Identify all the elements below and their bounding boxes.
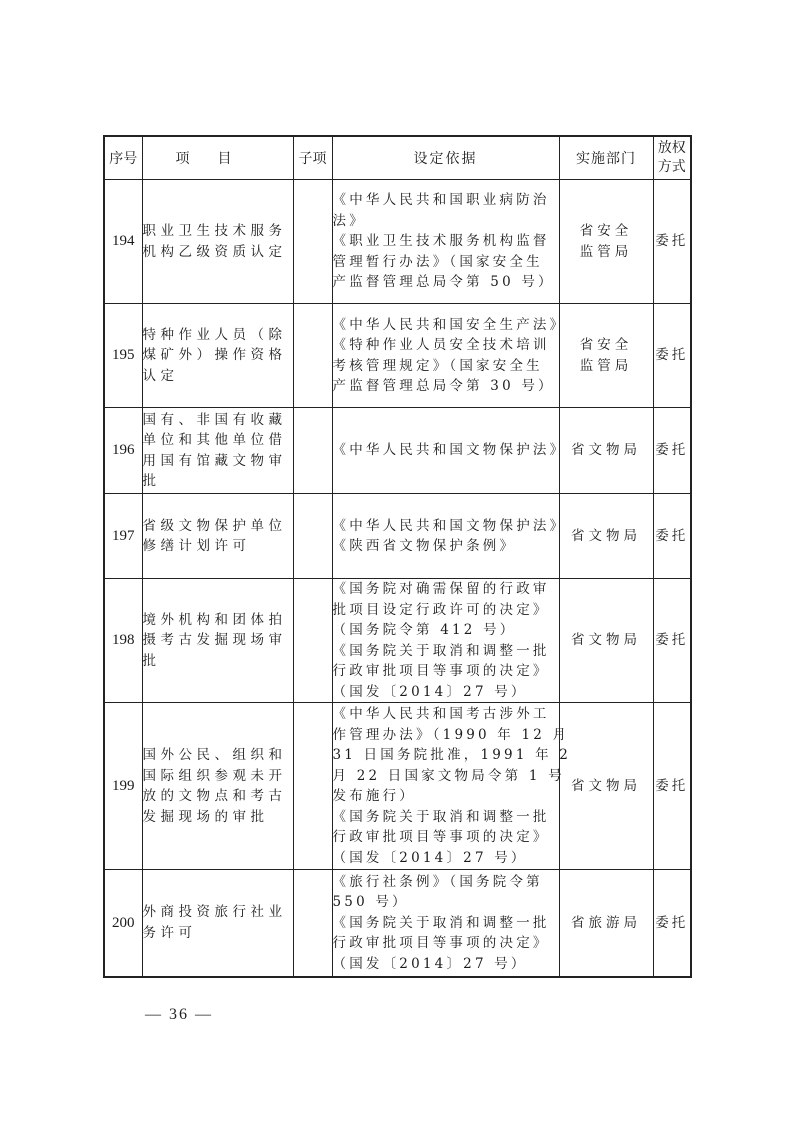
page-number: — 36 — — [145, 1006, 213, 1024]
header-mode-line2: 方式 — [654, 158, 691, 177]
header-no: 序号 — [104, 136, 142, 180]
subitem — [293, 703, 332, 870]
subitem — [293, 180, 332, 304]
document-page: 序号 项目 子项 设定依据 实施部门 放权 方式 194职业卫生技术服务机构乙级… — [0, 0, 793, 1123]
table-row: 197省级文物保护单位修缮计划许可《中华人民共和国文物保护法》《陕西省文物保护条… — [104, 494, 691, 579]
item-name-line: 职业卫生技术服务 — [143, 221, 293, 242]
legal-basis-line: 《国务院对确需保留的行政审 — [333, 579, 559, 600]
legal-basis-line: 产监督管理总局令第 50 号） — [333, 272, 559, 293]
delegation-mode: 委托 — [653, 304, 691, 408]
department-line: 省文物局 — [560, 440, 653, 461]
legal-basis: 《中华人民共和国文物保护法》 — [332, 408, 559, 494]
legal-basis-line: 行政审批项目等事项的决定》 — [333, 933, 559, 954]
item-name-line: 摄考古发掘现场审 — [143, 630, 293, 651]
legal-basis-line: 《中华人民共和国安全生产法》 — [333, 315, 559, 336]
item-name-line: 批 — [143, 651, 293, 672]
legal-basis-line: 《特种作业人员安全技术培训 — [333, 335, 559, 356]
table-row: 196国有、非国有收藏单位和其他单位借用国有馆藏文物审批《中华人民共和国文物保护… — [104, 408, 691, 494]
row-number: 195 — [104, 304, 142, 408]
row-number: 194 — [104, 180, 142, 304]
header-basis: 设定依据 — [332, 136, 559, 180]
header-subitem: 子项 — [293, 136, 332, 180]
item-name: 省级文物保护单位修缮计划许可 — [142, 494, 293, 579]
legal-basis-line: 批项目设定行政许可的决定》 — [333, 600, 559, 621]
legal-basis-line: 31 日国务院批准，1991 年 2 — [333, 745, 559, 766]
item-name-line: 修缮计划许可 — [143, 536, 293, 557]
item-name-line: 省级文物保护单位 — [143, 516, 293, 537]
item-name-line: 务许可 — [143, 923, 293, 944]
row-number: 196 — [104, 408, 142, 494]
legal-basis-line: 发布施行） — [333, 786, 559, 807]
row-number: 200 — [104, 870, 142, 977]
legal-basis-line: 《旅行社条例》（国务院令第 — [333, 872, 559, 893]
row-number: 197 — [104, 494, 142, 579]
legal-basis: 《中华人民共和国职业病防治法》《职业卫生技术服务机构监督管理暂行办法》（国家安全… — [332, 180, 559, 304]
table-header-row: 序号 项目 子项 设定依据 实施部门 放权 方式 — [104, 136, 691, 180]
legal-basis-line: 《陕西省文物保护条例》 — [333, 536, 559, 557]
table-row: 200外商投资旅行社业务许可《旅行社条例》（国务院令第550 号）《国务院关于取… — [104, 870, 691, 977]
item-name-line: 机构乙级资质认定 — [143, 242, 293, 263]
subitem — [293, 494, 332, 579]
item-name: 特种作业人员（除煤矿外）操作资格认定 — [142, 304, 293, 408]
department-line: 省安全 — [560, 221, 653, 242]
table-row: 194职业卫生技术服务机构乙级资质认定《中华人民共和国职业病防治法》《职业卫生技… — [104, 180, 691, 304]
table-body: 194职业卫生技术服务机构乙级资质认定《中华人民共和国职业病防治法》《职业卫生技… — [104, 180, 691, 977]
legal-basis-line: 月 22 日国家文物局令第 1 号 — [333, 766, 559, 787]
implementing-department: 省文物局 — [559, 703, 653, 870]
legal-basis-line: （国发〔2014〕27 号） — [333, 954, 559, 975]
item-name: 国外公民、组织和国际组织参观未开放的文物点和考古发掘现场的审批 — [142, 703, 293, 870]
delegation-mode: 委托 — [653, 579, 691, 703]
item-name-line: 境外机构和团体拍 — [143, 610, 293, 631]
item-name-line: 国际组织参观未开 — [143, 766, 293, 787]
legal-basis-line: 《中华人民共和国文物保护法》 — [333, 516, 559, 537]
approval-items-table: 序号 项目 子项 设定依据 实施部门 放权 方式 194职业卫生技术服务机构乙级… — [103, 135, 692, 978]
legal-basis-line: 550 号） — [333, 892, 559, 913]
item-name-line: 煤矿外）操作资格 — [143, 345, 293, 366]
table-row: 198境外机构和团体拍摄考古发掘现场审批《国务院对确需保留的行政审批项目设定行政… — [104, 579, 691, 703]
legal-basis-line: （国发〔2014〕27 号） — [333, 848, 559, 869]
department-line: 监管局 — [560, 356, 653, 377]
item-name: 境外机构和团体拍摄考古发掘现场审批 — [142, 579, 293, 703]
department-line: 省文物局 — [560, 776, 653, 797]
item-name-line: 发掘现场的审批 — [143, 807, 293, 828]
legal-basis-line: 《国务院关于取消和调整一批 — [333, 807, 559, 828]
legal-basis-line: 考核管理规定》（国家安全生 — [333, 356, 559, 377]
implementing-department: 省安全监管局 — [559, 180, 653, 304]
item-name: 国有、非国有收藏单位和其他单位借用国有馆藏文物审批 — [142, 408, 293, 494]
subitem — [293, 579, 332, 703]
implementing-department: 省安全监管局 — [559, 304, 653, 408]
legal-basis: 《中华人民共和国考古涉外工作管理办法》（1990 年 12 月31 日国务院批准… — [332, 703, 559, 870]
header-item: 项目 — [142, 136, 293, 180]
subitem — [293, 304, 332, 408]
legal-basis: 《旅行社条例》（国务院令第550 号）《国务院关于取消和调整一批行政审批项目等事… — [332, 870, 559, 977]
implementing-department: 省文物局 — [559, 408, 653, 494]
item-name: 外商投资旅行社业务许可 — [142, 870, 293, 977]
legal-basis-line: （国务院令第 412 号） — [333, 620, 559, 641]
legal-basis-line: （国发〔2014〕27 号） — [333, 682, 559, 703]
legal-basis-line: 《职业卫生技术服务机构监督 — [333, 231, 559, 252]
row-number: 199 — [104, 703, 142, 870]
legal-basis-line: 管理暂行办法》（国家安全生 — [333, 252, 559, 273]
delegation-mode: 委托 — [653, 703, 691, 870]
item-name-line: 批 — [143, 471, 293, 492]
legal-basis-line: 《中华人民共和国职业病防治 — [333, 190, 559, 211]
item-name-line: 用国有馆藏文物审 — [143, 451, 293, 472]
table-row: 199国外公民、组织和国际组织参观未开放的文物点和考古发掘现场的审批《中华人民共… — [104, 703, 691, 870]
header-mode-line1: 放权 — [654, 139, 691, 158]
delegation-mode: 委托 — [653, 870, 691, 977]
delegation-mode: 委托 — [653, 494, 691, 579]
item-name: 职业卫生技术服务机构乙级资质认定 — [142, 180, 293, 304]
item-name-line: 特种作业人员（除 — [143, 325, 293, 346]
department-line: 省文物局 — [560, 526, 653, 547]
item-name-line: 认定 — [143, 366, 293, 387]
legal-basis-line: 作管理办法》（1990 年 12 月 — [333, 725, 559, 746]
item-name-line: 国有、非国有收藏 — [143, 410, 293, 431]
delegation-mode: 委托 — [653, 408, 691, 494]
delegation-mode: 委托 — [653, 180, 691, 304]
subitem — [293, 870, 332, 977]
legal-basis-line: 《中华人民共和国文物保护法》 — [333, 440, 559, 461]
legal-basis-line: 行政审批项目等事项的决定》 — [333, 661, 559, 682]
department-line: 监管局 — [560, 242, 653, 263]
legal-basis: 《国务院对确需保留的行政审批项目设定行政许可的决定》（国务院令第 412 号）《… — [332, 579, 559, 703]
subitem — [293, 408, 332, 494]
department-line: 省旅游局 — [560, 913, 653, 934]
header-dept: 实施部门 — [559, 136, 653, 180]
row-number: 198 — [104, 579, 142, 703]
legal-basis: 《中华人民共和国文物保护法》《陕西省文物保护条例》 — [332, 494, 559, 579]
department-line: 省安全 — [560, 335, 653, 356]
implementing-department: 省文物局 — [559, 494, 653, 579]
department-line: 省文物局 — [560, 630, 653, 651]
item-name-line: 放的文物点和考古 — [143, 786, 293, 807]
implementing-department: 省文物局 — [559, 579, 653, 703]
legal-basis-line: 《国务院关于取消和调整一批 — [333, 913, 559, 934]
legal-basis-line: 产监督管理总局令第 30 号） — [333, 376, 559, 397]
legal-basis-line: 行政审批项目等事项的决定》 — [333, 827, 559, 848]
item-name-line: 国外公民、组织和 — [143, 745, 293, 766]
legal-basis-line: 法》 — [333, 211, 559, 232]
legal-basis-line: 《国务院关于取消和调整一批 — [333, 641, 559, 662]
table-row: 195特种作业人员（除煤矿外）操作资格认定《中华人民共和国安全生产法》《特种作业… — [104, 304, 691, 408]
legal-basis-line: 《中华人民共和国考古涉外工 — [333, 704, 559, 725]
header-mode: 放权 方式 — [653, 136, 691, 180]
implementing-department: 省旅游局 — [559, 870, 653, 977]
legal-basis: 《中华人民共和国安全生产法》《特种作业人员安全技术培训考核管理规定》（国家安全生… — [332, 304, 559, 408]
item-name-line: 外商投资旅行社业 — [143, 902, 293, 923]
item-name-line: 单位和其他单位借 — [143, 430, 293, 451]
